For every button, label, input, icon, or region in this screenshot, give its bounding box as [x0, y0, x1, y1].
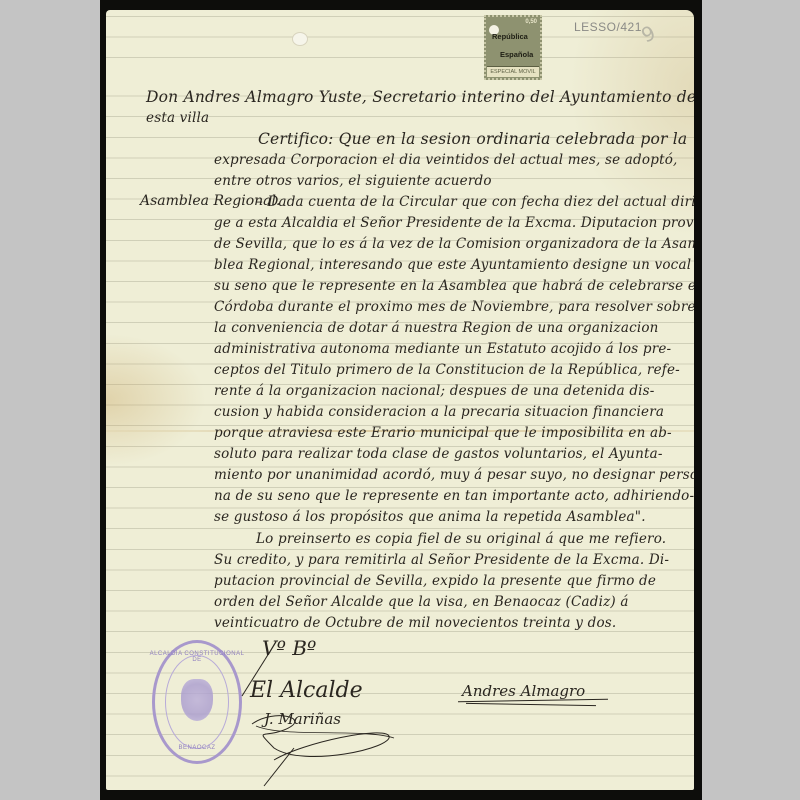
- text-line: Su credito, y para remitirla al Señor Pr…: [214, 552, 669, 568]
- text-line: porque atraviesa este Erario municipal q…: [214, 425, 672, 441]
- municipal-seal: ALCALDIA CONSTITUCIONAL DE BENAOCAZ: [152, 640, 242, 764]
- text-line: orden del Señor Alcalde que la visa, en …: [214, 594, 629, 610]
- mayor-signature-flourish: [244, 708, 404, 788]
- stamp-value: 0,50: [525, 19, 537, 25]
- stamp-footer: ESPECIAL MOVIL: [487, 66, 539, 77]
- text-line: miento por unanimidad acordó, muy á pesa…: [214, 467, 694, 483]
- text-line: – Dada cuenta de la Circular que con fec…: [256, 194, 694, 210]
- stamp-line-2: Española: [500, 50, 533, 59]
- signature-underline-2: [466, 703, 596, 706]
- text-line: rente á la organizacion nacional; despue…: [214, 383, 655, 399]
- text-line: ge a esta Alcaldia el Señor Presidente d…: [214, 215, 694, 231]
- archive-reference: LESSO/421: [574, 20, 642, 34]
- secretary-signature: Andres Almagro: [462, 682, 585, 700]
- seal-bottom-text: BENAOCAZ: [149, 745, 245, 751]
- punch-hole: [292, 32, 308, 46]
- stamp-line-1: República: [492, 32, 528, 41]
- text-line: Certifico: Que en la sesion ordinaria ce…: [258, 130, 687, 148]
- text-line: esta villa: [146, 110, 209, 126]
- text-line: blea Regional, interesando que este Ayun…: [214, 257, 694, 273]
- text-line: la conveniencia de dotar á nuestra Regio…: [214, 320, 659, 336]
- text-line: na de su seno que le represente en tan i…: [214, 488, 694, 504]
- text-line: soluto para realizar toda clase de gasto…: [214, 446, 663, 462]
- text-line: putacion provincial de Sevilla, expido l…: [214, 573, 656, 589]
- text-line: expresada Corporacion el dia veintidos d…: [214, 152, 678, 168]
- mayor-title: El Alcalde: [250, 678, 363, 703]
- seal-top-text: ALCALDIA CONSTITUCIONAL DE: [149, 651, 245, 663]
- coat-of-arms-icon: [181, 679, 213, 721]
- text-line: su seno que le represente en la Asamblea…: [214, 278, 694, 294]
- corner-mark: 9: [638, 20, 660, 47]
- text-line: Don Andres Almagro Yuste, Secretario int…: [146, 88, 694, 106]
- text-line: Córdoba durante el proximo mes de Noviem…: [214, 299, 694, 315]
- text-line: entre otros varios, el siguiente acuerdo: [214, 173, 492, 189]
- text-line: de Sevilla, que lo es á la vez de la Com…: [214, 236, 694, 252]
- text-line: veinticuatro de Octubre de mil novecient…: [214, 615, 616, 631]
- text-line: ceptos del Titulo primero de la Constitu…: [214, 362, 680, 378]
- document-page: 0,50 República Española ESPECIAL MOVIL L…: [106, 10, 694, 790]
- revenue-stamp: 0,50 República Española ESPECIAL MOVIL: [484, 15, 542, 80]
- text-line: administrativa autonoma mediante un Esta…: [214, 341, 671, 357]
- text-line: se gustoso á los propósitos que anima la…: [214, 509, 646, 525]
- text-line: Lo preinserto es copia fiel de su origin…: [256, 531, 666, 547]
- text-line: cusion y habida consideracion a la preca…: [214, 404, 664, 420]
